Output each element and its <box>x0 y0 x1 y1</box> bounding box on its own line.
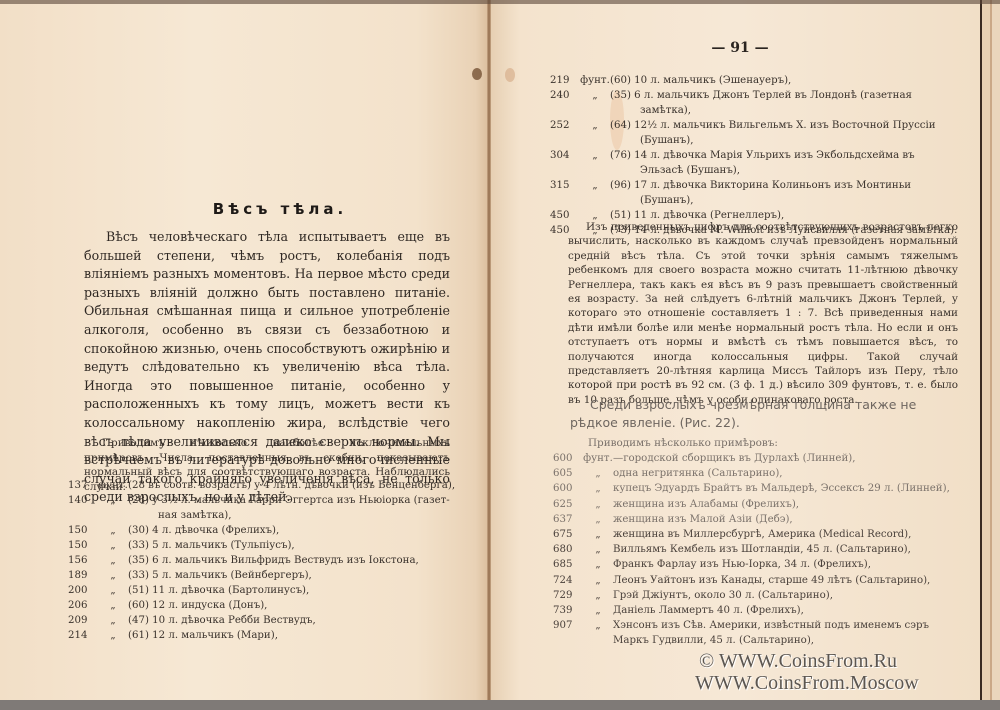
book-spine <box>487 0 491 700</box>
background-strip <box>0 700 1000 710</box>
case-row: 685„Франкъ Фарлау изъ Нью-Іорка, 34 л. (… <box>553 557 963 572</box>
case-row-continuation: Эльзасѣ (Бушанъ), <box>550 163 960 178</box>
case-row: 907„Хэнсонъ изъ Сѣв. Америки, извѣстный … <box>553 618 963 633</box>
case-row: 189„(33) 5 л. мальчикъ (Вейнбергеръ), <box>68 568 463 583</box>
adult-cases-list: 600фунт.—городской сборщикъ въ Дурлахѣ (… <box>553 451 963 649</box>
case-row-continuation: Маркъ Гудвилли, 45 л. (Сальтарино), <box>553 633 963 648</box>
case-row: 150„(33) 5 л. мальчикъ (Тульпіусъ), <box>68 538 463 553</box>
case-row: 140„(28) у 3½ л. мальчика Гарри Эггертса… <box>68 493 463 508</box>
case-row: 739„Даніель Ламмертъ 40 л. (Фрелихъ), <box>553 603 963 618</box>
case-row: 150„(30) 4 л. дѣвочка (Фрелихъ), <box>68 523 463 538</box>
case-row: 675„женщина въ Миллерсбургѣ, Америка (Me… <box>553 527 963 542</box>
case-row: 206„(60) 12 л. индуска (Донъ), <box>68 598 463 613</box>
case-row: 209„(47) 10 л. дѣвочка Ребби Вествудъ, <box>68 613 463 628</box>
case-row: 724„Леонъ Уайтонъ изъ Канады, старше 49 … <box>553 573 963 588</box>
case-row: 304„(76) 14 л. дѣвочка Марія Ульрихъ изъ… <box>550 148 960 163</box>
page-number: — 91 — <box>700 40 780 56</box>
case-row: 240„(35) 6 л. мальчикъ Джонъ Терлей въ Л… <box>550 88 960 103</box>
analysis-paragraph: Изъ приведенныхъ цифръ для соотвѣтствующ… <box>568 220 958 407</box>
page-edge <box>980 0 1000 700</box>
children-cases-list-right: 219фунт.(60) 10 л. мальчикъ (Эшенауеръ),… <box>550 73 960 238</box>
case-row: 156„(35) 6 л. мальчикъ Вильфридъ Вествуд… <box>68 553 463 568</box>
paper-stain <box>505 68 515 82</box>
adults-heading: Среди взрослыхъ чрезмѣрная толщина также… <box>570 396 960 432</box>
paper-stain <box>472 68 482 80</box>
top-edge-shadow <box>0 0 1000 4</box>
section-title: Вѣсъ тѣла. <box>160 200 400 218</box>
children-cases-list-left: 137фунт.(28 въ соотв. возрастѣ) у 4 лѣтн… <box>68 478 463 643</box>
case-row: 605„одна негритянка (Сальтарино), <box>553 466 963 481</box>
case-row: 600„купецъ Эдуардъ Брайтъ въ Мальдерѣ, Э… <box>553 481 963 496</box>
book-spread: Вѣсъ тѣла. Вѣсъ человѣческаго тѣла испыт… <box>0 0 1000 700</box>
case-row: 637„женщина изъ Малой Азіи (Дебэ), <box>553 512 963 527</box>
watermark-line-1: © WWW.CoinsFrom.Ru <box>695 650 985 672</box>
case-row: 600фунт.—городской сборщикъ въ Дурлахѣ (… <box>553 451 963 466</box>
case-row-continuation: замѣтка), <box>550 103 960 118</box>
case-row-continuation: (Бушанъ), <box>550 133 960 148</box>
case-row: 219фунт.(60) 10 л. мальчикъ (Эшенауеръ), <box>550 73 960 88</box>
case-row: 625„женщина изъ Алабамы (Фрелихъ), <box>553 497 963 512</box>
case-row: 252„(64) 12½ л. мальчикъ Вильгельмъ X. и… <box>550 118 960 133</box>
case-row-continuation: ная замѣтка), <box>68 508 463 523</box>
case-row: 315„(96) 17 л. дѣвочка Викторина Колиньо… <box>550 178 960 193</box>
case-row: 214„(61) 12 л. мальчикъ (Мари), <box>68 628 463 643</box>
adults-intro: Приводимъ нѣсколько примѣровъ: <box>588 436 948 451</box>
watermark-line-2: WWW.CoinsFrom.Moscow <box>695 672 985 694</box>
case-row: 137фунт.(28 въ соотв. возрастѣ) у 4 лѣтн… <box>68 478 463 493</box>
watermark: © WWW.CoinsFrom.Ru WWW.CoinsFrom.Moscow <box>695 650 985 694</box>
case-row-continuation: (Бушанъ), <box>550 193 960 208</box>
case-row: 729„Грэй Джіунтъ, около 30 л. (Сальтарин… <box>553 588 963 603</box>
case-row: 680„Вилльямъ Кембель изъ Шотландіи, 45 л… <box>553 542 963 557</box>
case-row: 200„(51) 11 л. дѣвочка (Бартолинусъ), <box>68 583 463 598</box>
